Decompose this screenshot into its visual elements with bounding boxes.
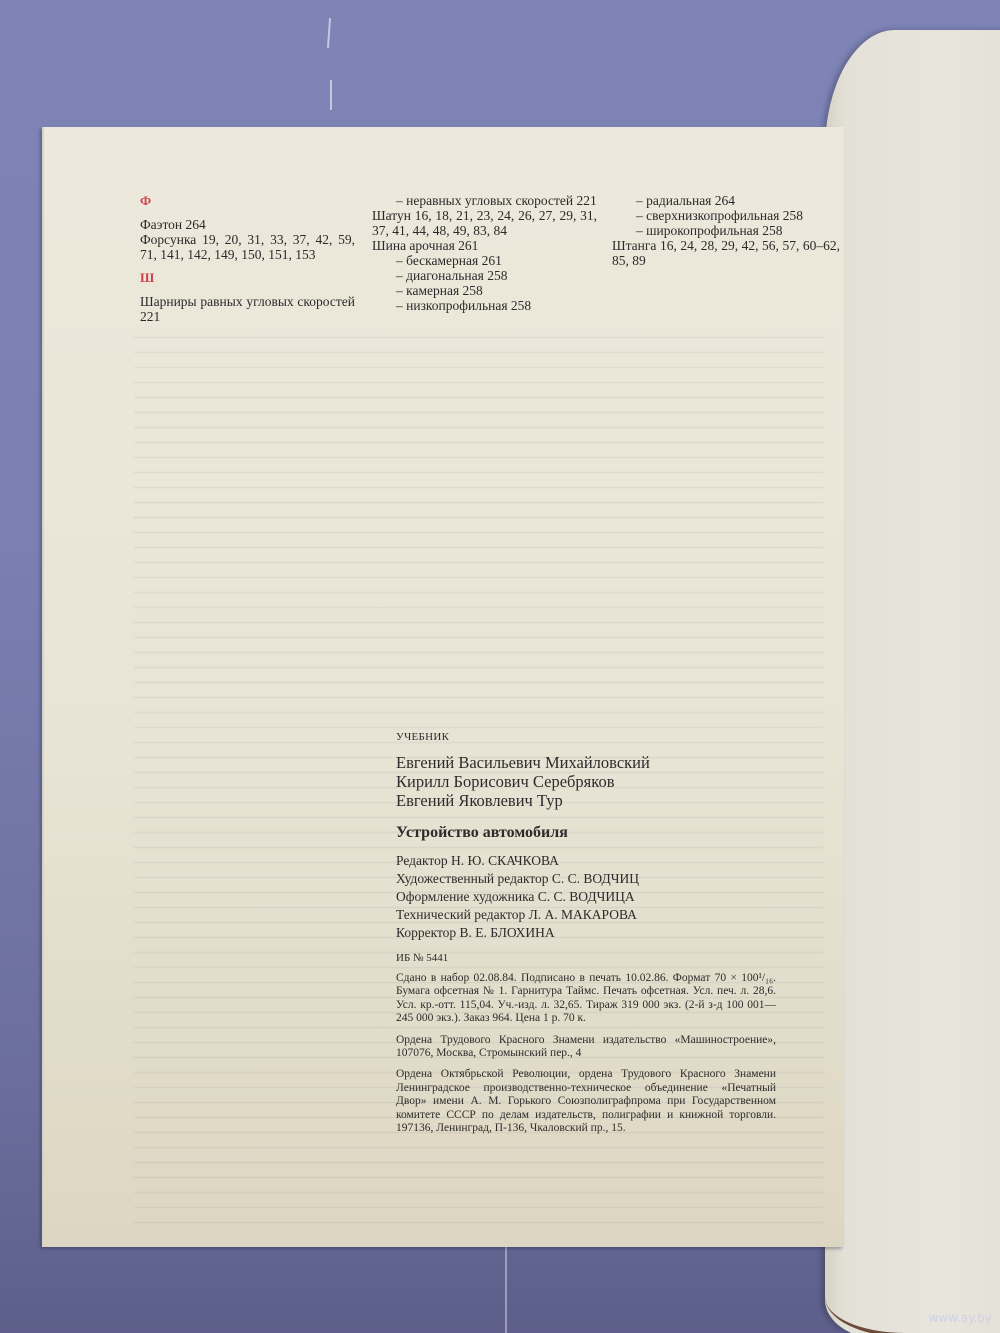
credit-line: Художественный редактор С. С. ВОДЧИЦ (396, 870, 776, 888)
publisher-info: Ордена Трудового Красного Знамени издате… (396, 1034, 776, 1061)
credits-list: Редактор Н. Ю. СКАЧКОВА Художественный р… (396, 852, 776, 942)
surface-scratch (505, 1240, 507, 1333)
book-title: Устройство автомобиля (396, 824, 776, 842)
ib-number: ИБ № 5441 (396, 952, 776, 964)
right-page-curled (825, 30, 1000, 1333)
index-entry: Шарниры равных угловых скоростей 221 (140, 294, 355, 324)
index-subentry: – неравных угловых скоростей 221 (372, 193, 597, 208)
watermark: www.ay.by (929, 1311, 992, 1325)
surface-scratch (327, 18, 331, 48)
printer-info: Ордена Октябрьской Революции, ордена Тру… (396, 1068, 776, 1135)
print-details: Сдано в набор 02.08.84. Подписано в печа… (396, 972, 776, 1026)
surface-scratch (330, 80, 332, 110)
imprint-block: УЧЕБНИК Евгений Васильевич Михайловский … (396, 731, 776, 1143)
credit-line: Корректор В. Е. БЛОХИНА (396, 924, 776, 942)
index-entry: Форсунка 19, 20, 31, 33, 37, 42, 59, 71,… (140, 232, 355, 262)
index-subentry: – камерная 258 (372, 283, 597, 298)
index-entry: Шатун 16, 18, 21, 23, 24, 26, 27, 29, 31… (372, 208, 597, 238)
index-subentry: – диагональная 258 (372, 268, 597, 283)
author: Кирилл Борисович Серебряков (396, 772, 776, 791)
authors-list: Евгений Васильевич Михайловский Кирилл Б… (396, 753, 776, 810)
index-column-1: ФФаэтон 264Форсунка 19, 20, 31, 33, 37, … (140, 193, 355, 324)
index-section-letter: Ф (140, 193, 355, 209)
book-type-label: УЧЕБНИК (396, 731, 776, 743)
index-entry: Штанга 16, 24, 28, 29, 42, 56, 57, 60–62… (612, 238, 840, 268)
index-section-letter: Ш (140, 270, 355, 286)
index-subentry: – радиальная 264 (612, 193, 840, 208)
index-entry: Фаэтон 264 (140, 217, 355, 232)
index-entry: Шина арочная 261 (372, 238, 597, 253)
index-column-2: – неравных угловых скоростей 221Шатун 16… (372, 193, 597, 313)
credit-line: Редактор Н. Ю. СКАЧКОВА (396, 852, 776, 870)
index-subentry: – бескамерная 261 (372, 253, 597, 268)
index-subentry: – широкопрофильная 258 (612, 223, 840, 238)
index-subentry: – сверхнизкопрофильная 258 (612, 208, 840, 223)
credit-line: Технический редактор Л. А. МАКАРОВА (396, 906, 776, 924)
index-subentry: – низкопрофильная 258 (372, 298, 597, 313)
author: Евгений Васильевич Михайловский (396, 753, 776, 772)
credit-line: Оформление художника С. С. ВОДЧИЦА (396, 888, 776, 906)
index-column-3: – радиальная 264– сверхнизкопрофильная 2… (612, 193, 840, 268)
author: Евгений Яковлевич Тур (396, 791, 776, 810)
